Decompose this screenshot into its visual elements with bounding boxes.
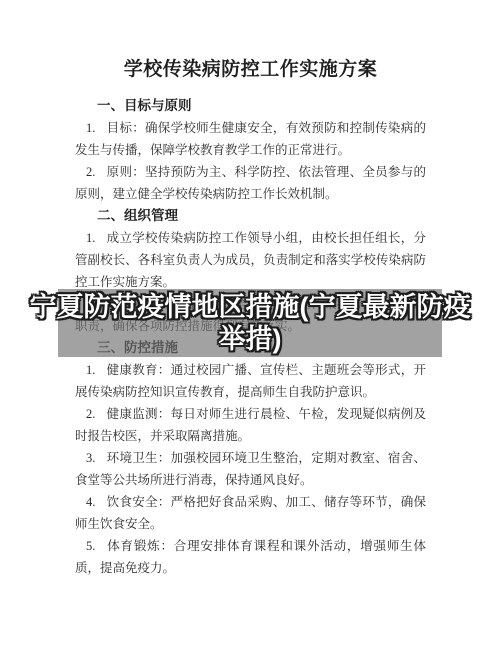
list-item: 3.环境卫生：加强校园环境卫生整治，定期对教室、宿舍、食堂等公共场所进行消毒，保… [75, 447, 426, 491]
item-text: 目标：确保学校师生健康安全，有效预防和控制传染病的发生与传播，保障学校教育教学工… [75, 121, 426, 157]
list-item: 1.目标：确保学校师生健康安全，有效预防和控制传染病的发生与传播，保障学校教育教… [75, 117, 426, 161]
document-title: 学校传染病防控工作实施方案 [75, 57, 426, 83]
section-heading: 二、组织管理 [75, 205, 426, 227]
item-number: 1. [86, 363, 95, 377]
item-text: 体育锻炼：合理安排体育课程和课外活动，增强师生体质，提高免疫力。 [75, 539, 426, 575]
list-item: 1.健康教育：通过校园广播、宣传栏、主题班会等形式，开展传染病防控知识宣传教育，… [75, 359, 426, 403]
item-text: 健康教育：通过校园广播、宣传栏、主题班会等形式，开展传染病防控知识宣传教育，提高… [75, 363, 426, 399]
document-body: 一、目标与原则1.目标：确保学校师生健康安全，有效预防和控制传染病的发生与传播，… [75, 95, 426, 579]
item-number: 3. [86, 451, 95, 465]
item-text: 原则：坚持预防为主、科学防控、依法管理、全员参与的原则，建立健全学校传染病防控工… [75, 165, 426, 201]
item-text: 健康监测：每日对师生进行晨检、午检，发现疑似病例及时报告校医，并采取隔离措施。 [75, 407, 426, 443]
item-text: 环境卫生：加强校园环境卫生整治，定期对教室、宿舍、食堂等公共场所进行消毒，保持通… [75, 451, 426, 487]
list-item: 2.健康监测：每日对师生进行晨检、午检，发现疑似病例及时报告校医，并采取隔离措施… [75, 403, 426, 447]
list-item: 2.明确各部门、各班级及全体教职工在传染病防控工作中的职责，确保各项防控措施得到… [75, 293, 426, 337]
item-number: 5. [86, 539, 95, 553]
item-number: 2. [86, 297, 95, 311]
list-item: 5.体育锻炼：合理安排体育课程和课外活动，增强师生体质，提高免疫力。 [75, 535, 426, 579]
list-item: 2.原则：坚持预防为主、科学防控、依法管理、全员参与的原则，建立健全学校传染病防… [75, 161, 426, 205]
item-number: 2. [86, 165, 95, 179]
section-heading: 三、防控措施 [75, 337, 426, 359]
item-text: 成立学校传染病防控工作领导小组，由校长担任组长，分管副校长、各科室负责人为成员，… [75, 231, 426, 289]
section-heading: 一、目标与原则 [75, 95, 426, 117]
item-number: 1. [86, 121, 95, 135]
item-number: 2. [86, 407, 95, 421]
item-text: 明确各部门、各班级及全体教职工在传染病防控工作中的职责，确保各项防控措施得到有效… [75, 297, 426, 333]
item-number: 4. [86, 495, 95, 509]
list-item: 1.成立学校传染病防控工作领导小组，由校长担任组长，分管副校长、各科室负责人为成… [75, 227, 426, 293]
item-text: 饮食安全：严格把好食品采购、加工、储存等环节，确保师生饮食安全。 [75, 495, 426, 531]
item-number: 1. [86, 231, 95, 245]
document-page: 学校传染病防控工作实施方案 一、目标与原则1.目标：确保学校师生健康安全，有效预… [0, 0, 500, 647]
list-item: 4.饮食安全：严格把好食品采购、加工、储存等环节，确保师生饮食安全。 [75, 491, 426, 535]
